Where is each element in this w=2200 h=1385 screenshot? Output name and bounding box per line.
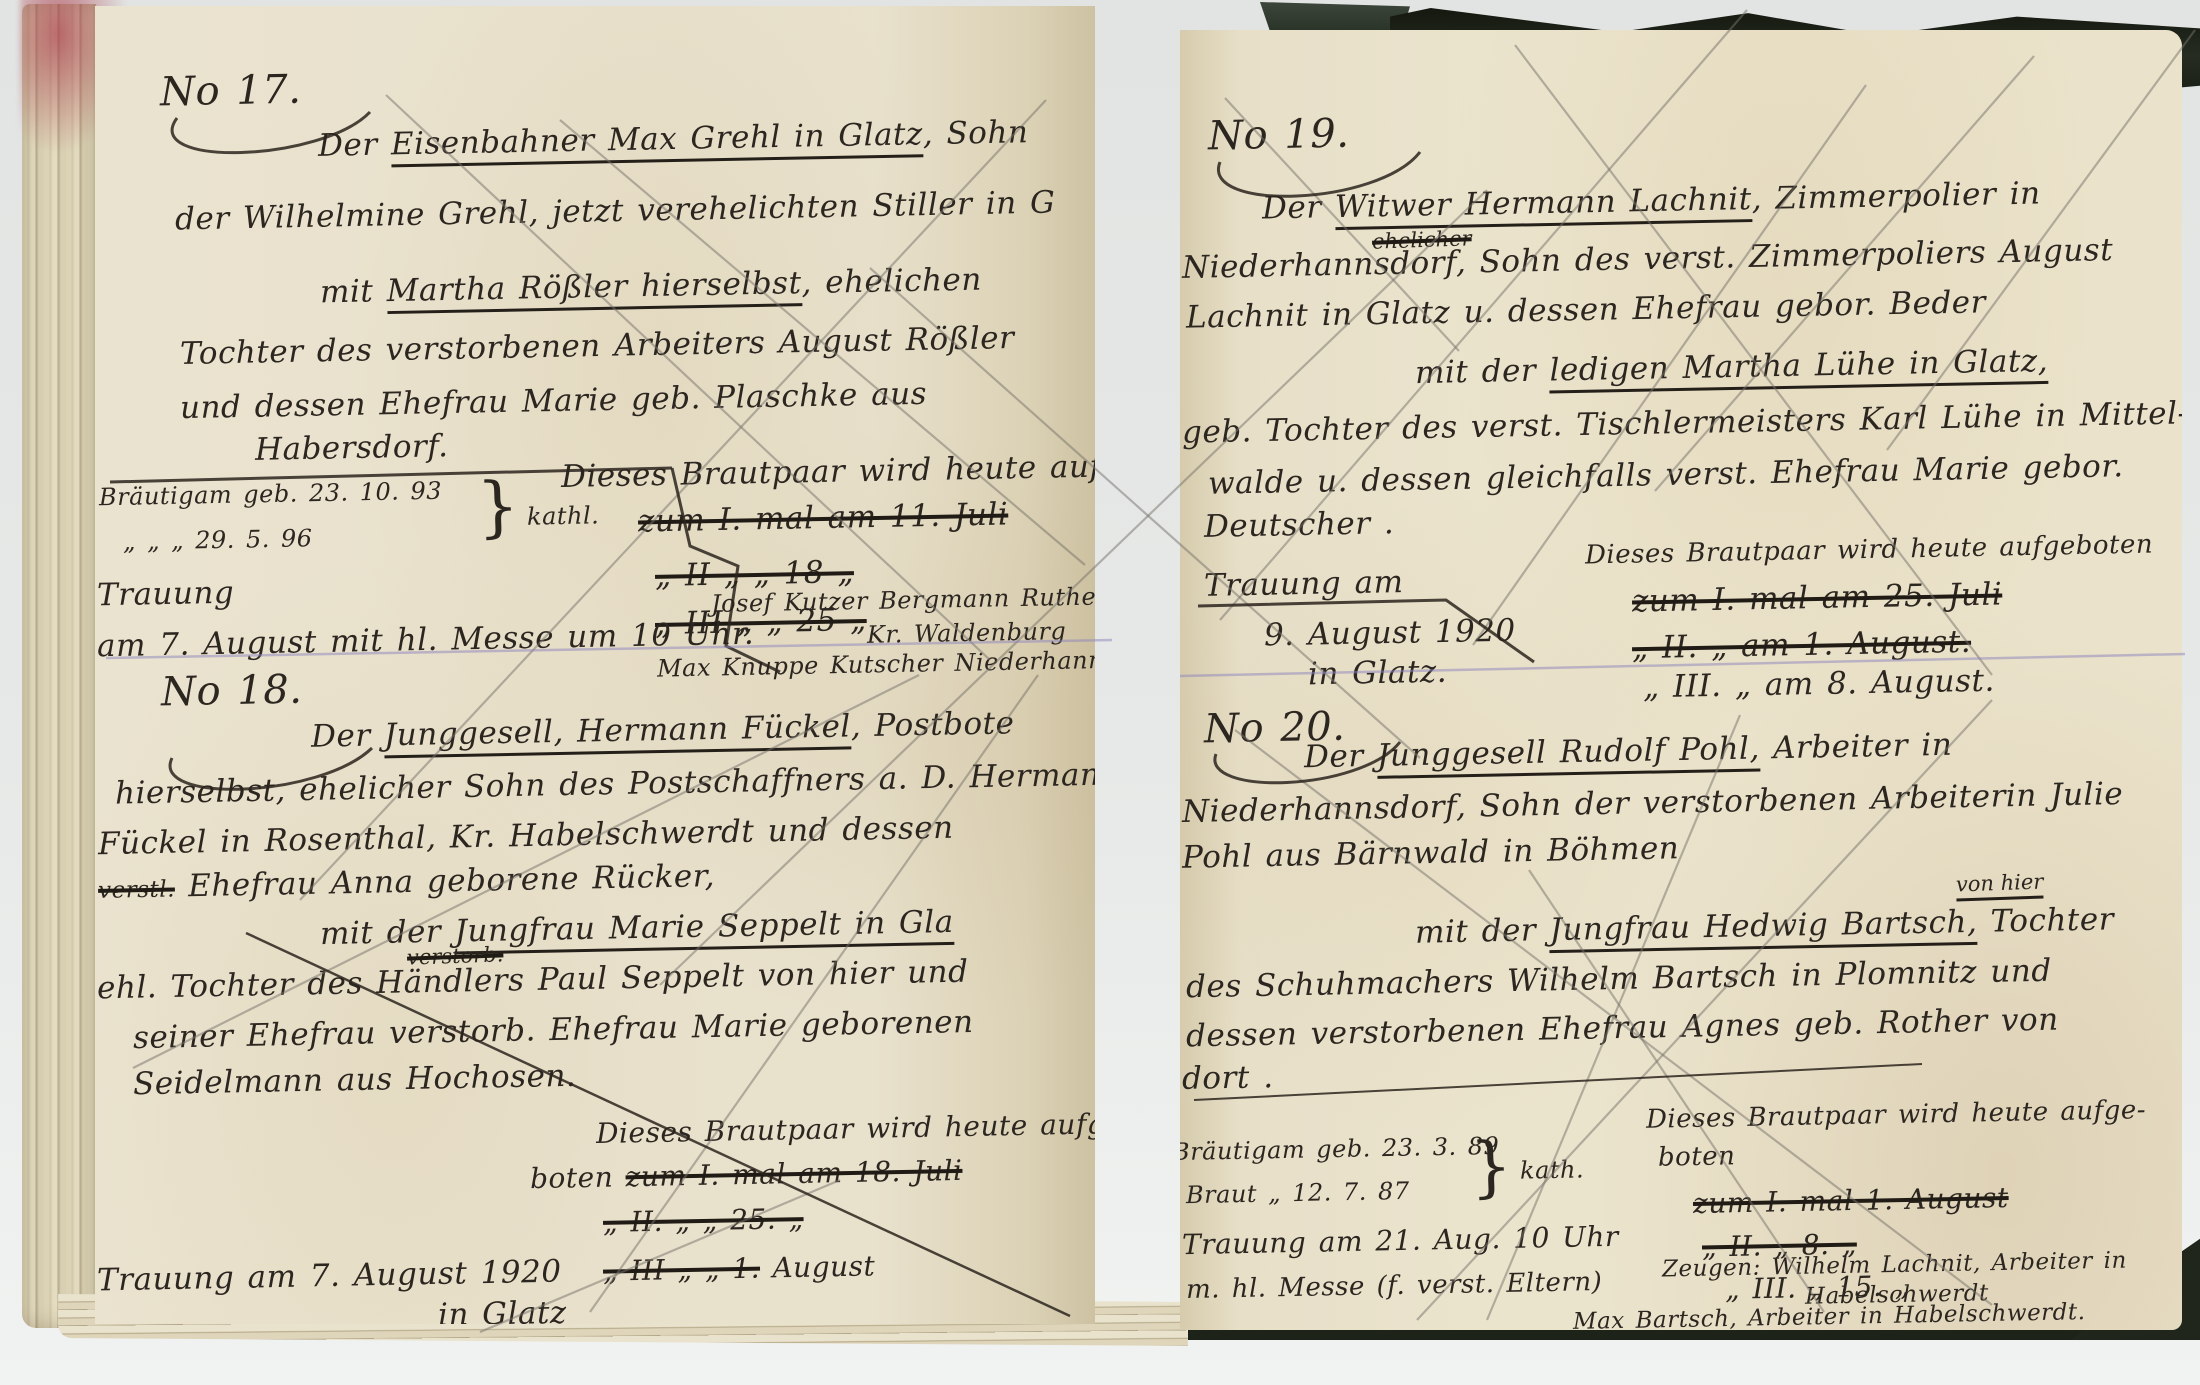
entry-17-banns-1: zum I. mal am 11. Juli (638, 496, 1009, 539)
entry-17-confession: kathl. (527, 501, 600, 530)
entry-18-line-groom: Der Junggesell, Hermann Fückel, Postbote (311, 705, 1015, 754)
entry-20-line6: dessen verstorbenen Ehefrau Agnes geb. R… (1186, 1002, 2059, 1055)
groom-name-underlined: Witwer Hermann Lachnit (1335, 181, 1753, 230)
text: mit (320, 273, 387, 310)
entry-19-wedding-date: 9. August 1920 (1264, 613, 1516, 654)
entry-18-line6: ehl. Tochter des Händlers Paul Seppelt v… (97, 954, 969, 1007)
crossed-word: verstl. (98, 876, 175, 903)
entry-17-line4: Tochter des verstorbenen Arbeiters Augus… (180, 320, 1015, 372)
entry-19-line5: geb. Tochter des verst. Tischlermeisters… (1182, 395, 2182, 450)
brace: } (1469, 1127, 1514, 1205)
entry-18-line3: Fückel in Rosenthal, Kr. Habelschwerdt u… (98, 810, 954, 862)
photo-of-open-register-book: No 17. Der Eisenbahner Max Grehl in Glat… (0, 0, 2200, 1385)
entry-19-line-groom: Der Witwer Hermann Lachnit, Zimmerpolier… (1262, 176, 2041, 227)
entry-20-announcement-2: boten (1658, 1141, 1736, 1172)
crossed-banns: „ III „ „ 1. (603, 1252, 761, 1288)
entry-18-wedding-place: in Glatz (438, 1295, 567, 1324)
entry-19-banns-2: „ II. „ am 1. August. (1632, 624, 1972, 667)
entry-19-line3: Lachnit in Glatz u. dessen Ehefrau gebor… (1186, 284, 1987, 335)
groom-name-underlined: Junggesell Rudolf Pohl, (1377, 730, 1761, 778)
entry-19-wedding-place: in Glatz. (1308, 654, 1448, 693)
entry-20-line-groom: Der Junggesell Rudolf Pohl, Arbeiter in (1304, 727, 1953, 775)
text: Ehefrau Anna geborene Rücker, (188, 858, 715, 904)
entry-17-line2: der Wilhelmine Grehl, jetzt verehelichte… (175, 185, 1056, 238)
entry-17-line6: Habersdorf. (255, 428, 449, 468)
text: Arbeiter in (1759, 727, 1952, 767)
entry-20-announcement-1: Dieses Brautpaar wird heute aufge- (1646, 1095, 2147, 1135)
entry-19-line6: walde u. dessen gleichfalls verst. Ehefr… (1208, 448, 2124, 502)
entry-19-line7: Deutscher . (1204, 505, 1395, 545)
entry-17-number: No 17. (160, 67, 302, 116)
groom-name-underlined: Eisenbahner Max Grehl in Glatz (391, 116, 924, 167)
entry-18-line2: hierselbst, ehelicher Sohn des Postschaf… (115, 756, 1095, 811)
entry-20-confession: kath. (1520, 1155, 1585, 1184)
entry-19-wedding-label: Trauung am (1204, 564, 1404, 604)
text: boten (530, 1160, 626, 1195)
entry-19-line-bride: mit der ledigen Martha Lühe in Glatz, (1415, 343, 2049, 391)
entry-19-announcement: Dieses Brautpaar wird heute aufgeboten (1585, 530, 2154, 571)
entry-20-witness-2: Max Bartsch, Arbeiter in Habelschwerdt. (1573, 1299, 2086, 1330)
bride-name-underlined: ledigen Martha Lühe in Glatz, (1549, 343, 2048, 394)
entry-17-line-groom: Der Eisenbahner Max Grehl in Glatz, Sohn (318, 114, 1029, 164)
entry-17-groom-birthdate: Bräutigam geb. 23. 10. 93 (99, 477, 443, 512)
bride-name-underlined: Jungfrau Hedwig Bartsch, (1549, 904, 1978, 953)
right-page: No 19. Der Witwer Hermann Lachnit, Zimme… (1180, 30, 2182, 1330)
text: , Zimmerpolier in (1751, 176, 2040, 218)
entry-20-banns-1: zum I. mal 1. August (1693, 1181, 2009, 1220)
entry-18-wedding: Trauung am 7. August 1920 (97, 1254, 562, 1299)
entry-17-witness-1-place: Kr. Waldenburg (867, 617, 1067, 649)
brace: } (476, 467, 521, 545)
book: No 17. Der Eisenbahner Max Grehl in Glat… (22, 0, 2182, 1345)
entry-17-line5: und dessen Ehefrau Marie geb. Plaschke a… (180, 376, 928, 426)
entry-19-number: No 19. (1208, 111, 1350, 160)
entry-17-wedding-label: Trauung (97, 575, 235, 614)
entry-20-line3: Pohl aus Bärnwald in Böhmen (1182, 830, 1680, 876)
entry-17-line-bride: mit Martha Rößler hierselbst, ehelichen (320, 262, 982, 311)
entry-18-line4: verstl. Ehefrau Anna geborene Rücker, (98, 858, 716, 906)
left-page: No 17. Der Eisenbahner Max Grehl in Glat… (95, 6, 1095, 1324)
text: Der (1304, 738, 1378, 775)
entry-20-line2: Niederhannsdorf, Sohn der verstorbenen A… (1182, 776, 2124, 830)
entry-18-number: No 18. (161, 667, 303, 716)
entry-18-banns-3: „ III „ „ 1. August (603, 1249, 876, 1287)
text: Der (311, 717, 385, 754)
entry-20-wedding-detail: m. hl. Messe (f. verst. Eltern) (1186, 1267, 1603, 1305)
text: Der (318, 126, 392, 163)
entry-20-bride-birthdate: Braut „ 12. 7. 87 (1186, 1177, 1410, 1209)
entry-18-line7: seiner Ehefrau verstorb. Ehefrau Marie g… (133, 1004, 974, 1056)
text: August (760, 1249, 876, 1284)
bride-name-underlined: Jungfrau Marie Seppelt in Gla (454, 904, 954, 955)
entry-20-inserted-word: von hier (1956, 869, 2044, 901)
entry-17-bride-birthdate: „ „ „ 29. 5. 96 (123, 524, 313, 556)
text: Der (1262, 189, 1336, 226)
entry-20-wedding: Trauung am 21. Aug. 10 Uhr (1182, 1220, 1619, 1261)
entry-18-line8: Seidelmann aus Hochosen. (133, 1058, 577, 1103)
entry-19-line2: Niederhannsdorf, Sohn des verst. Zimmerp… (1182, 232, 2114, 286)
bride-name-underlined: Martha Rößler hierselbst (386, 265, 802, 314)
text: Tochter (1977, 901, 2114, 940)
text: , Postbote (850, 705, 1014, 744)
entry-20-groom-birthdate: Bräutigam geb. 23. 3. 89 (1180, 1132, 1500, 1166)
entry-20-line-bride: mit der Jungfrau Hedwig Bartsch, Tochter (1415, 901, 2115, 950)
text: mit der (1415, 912, 1550, 951)
entry-20-line5: des Schuhmachers Wilhelm Bartsch in Plom… (1186, 953, 2052, 1006)
entry-18-announcement: Dieses Brautpaar wird heute aufge (596, 1107, 1095, 1150)
crossed-banns: zum I. mal am 18. Juli (625, 1154, 963, 1193)
text: mit der (1415, 352, 1550, 391)
entry-18-banns-1: boten zum I. mal am 18. Juli (530, 1154, 963, 1195)
entry-20-line7: dort . (1182, 1059, 1274, 1097)
groom-name-underlined: Junggesell, Hermann Fückel (384, 708, 852, 758)
entry-19-banns-1: zum I. mal am 25. Juli (1632, 576, 2003, 619)
text: , Sohn (922, 114, 1028, 152)
page-stack-fore-edge (22, 4, 96, 1328)
entry-19-banns-3: „ III. „ am 8. August. (1643, 663, 1995, 706)
entry-18-banns-2: „ II. „ „ 25. „ (603, 1202, 804, 1239)
text: , ehelichen (801, 262, 982, 301)
entry-17-announcement: Dieses Brautpaar wird heute aufgebo (561, 447, 1095, 495)
